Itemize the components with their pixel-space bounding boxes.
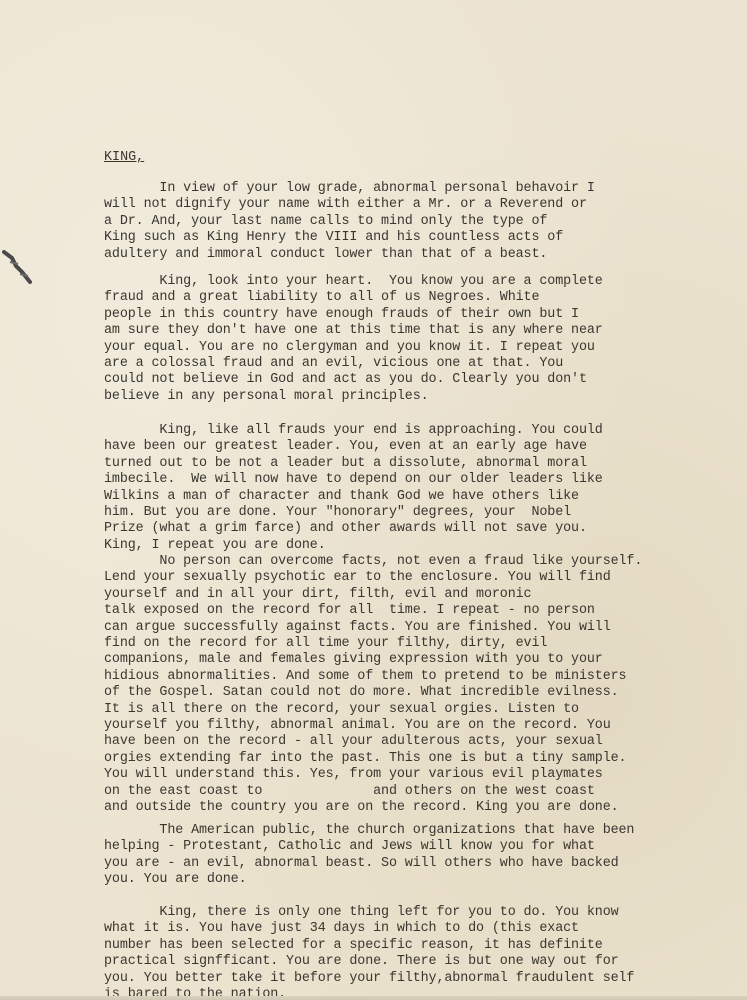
salutation: KING, [104, 150, 144, 166]
page-bottom-edge [0, 996, 747, 1000]
paragraph-3: King, like all frauds your end is approa… [104, 423, 747, 554]
paragraph-6: King, there is only one thing left for y… [104, 905, 747, 1000]
typed-letter-page: KING, In view of your low grade, abnorma… [0, 0, 747, 1000]
paragraph-2: King, look into your heart. You know you… [104, 274, 747, 405]
paragraph-5: The American public, the church organiza… [104, 823, 747, 889]
paragraph-4: No person can overcome facts, not even a… [104, 554, 747, 817]
paragraph-1: In view of your low grade, abnormal pers… [104, 181, 747, 263]
staple-mark-icon [2, 248, 36, 288]
